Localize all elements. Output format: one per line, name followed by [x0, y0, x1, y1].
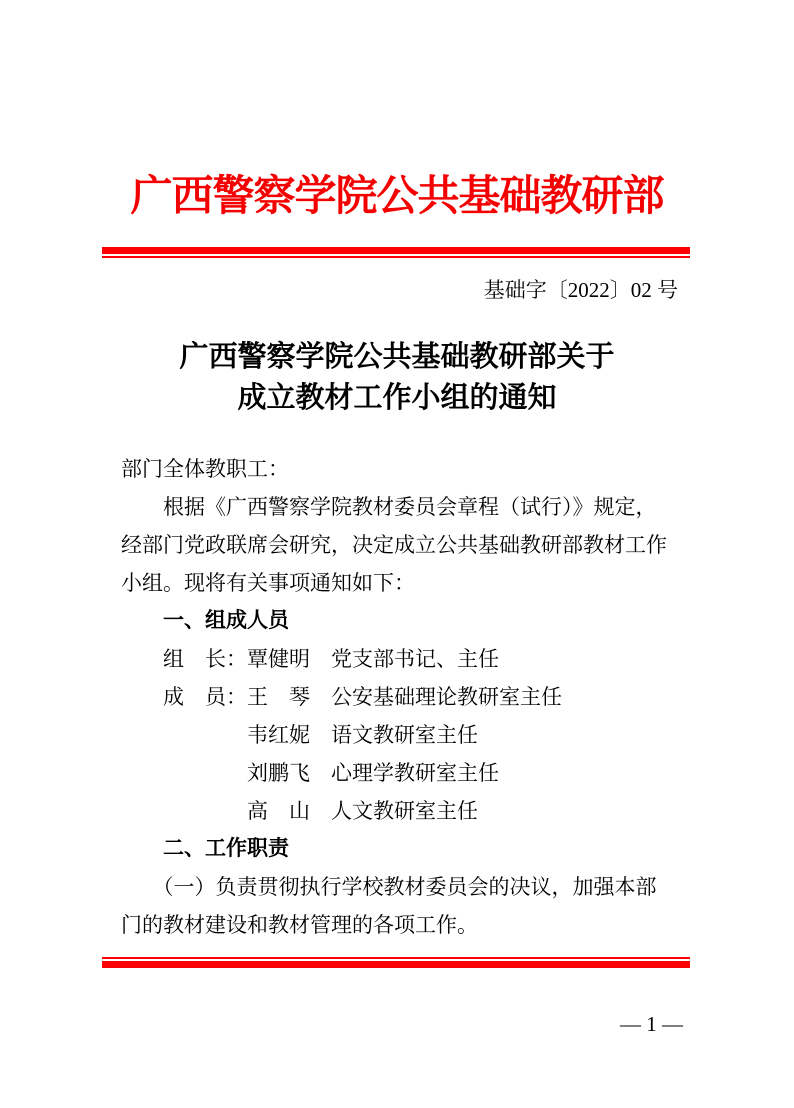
- member-row-indent: [121, 716, 163, 754]
- notice-title: 广西警察学院公共基础教研部关于 成立教材工作小组的通知: [0, 337, 794, 419]
- member-row-indent: [121, 640, 163, 678]
- member-row-indent: [121, 678, 163, 716]
- issuing-department-masthead: 广西警察学院公共基础教研部: [0, 163, 794, 223]
- notice-title-line2: 成立教材工作小组的通知: [0, 378, 794, 419]
- member-row: 成 员： 王 琴 公安基础理论教研室主任: [121, 678, 677, 716]
- footer-divider-thick-bar: [102, 961, 690, 968]
- member-role-label: [163, 754, 247, 792]
- document-reference-number: 基础字〔2022〕02 号: [484, 274, 678, 304]
- document-page: 广西警察学院公共基础教研部 基础字〔2022〕02 号 广西警察学院公共基础教研…: [0, 0, 794, 1108]
- intro-paragraph-line: 根据《广西警察学院教材委员会章程（试行）》规定，: [121, 488, 677, 526]
- member-row: 高 山 人文教研室主任: [121, 792, 677, 830]
- section2-paragraph-line: 门的教材建设和教材管理的各项工作。: [121, 906, 677, 944]
- member-position: 语文教研室主任: [331, 716, 478, 754]
- notice-body: 部门全体教职工： 根据《广西警察学院教材委员会章程（试行）》规定， 经部门党政联…: [121, 450, 677, 944]
- section1-heading: 一、组成人员: [121, 602, 677, 640]
- header-divider-thick-bar: [102, 247, 690, 254]
- member-name: 王 琴: [247, 678, 310, 716]
- member-role-label: [163, 716, 247, 754]
- salutation: 部门全体教职工：: [121, 450, 677, 488]
- member-position: 心理学教研室主任: [331, 754, 499, 792]
- member-name: 刘鹏飞: [247, 754, 310, 792]
- member-role-label: 成 员：: [163, 678, 247, 716]
- member-name: 高 山: [247, 792, 310, 830]
- member-name: 覃健明: [247, 640, 310, 678]
- member-name: 韦红妮: [247, 716, 310, 754]
- footer-divider: [102, 957, 690, 968]
- member-row-indent: [121, 754, 163, 792]
- notice-title-line1: 广西警察学院公共基础教研部关于: [0, 337, 794, 378]
- member-row-indent: [121, 792, 163, 830]
- section2-paragraph-line: （一）负责贯彻执行学校教材委员会的决议，加强本部: [121, 868, 677, 906]
- member-row: 刘鹏飞 心理学教研室主任: [121, 754, 677, 792]
- member-row: 韦红妮 语文教研室主任: [121, 716, 677, 754]
- member-position: 人文教研室主任: [331, 792, 478, 830]
- member-role-label: 组 长：: [163, 640, 247, 678]
- section2-heading: 二、工作职责: [121, 830, 677, 868]
- member-row: 组 长： 覃健明 党支部书记、主任: [121, 640, 677, 678]
- intro-paragraph-line: 小组。现将有关事项通知如下：: [121, 564, 677, 602]
- member-position: 公安基础理论教研室主任: [331, 678, 562, 716]
- intro-paragraph-line: 经部门党政联席会研究，决定成立公共基础教研部教材工作: [121, 526, 677, 564]
- header-divider: [102, 247, 690, 258]
- header-divider-thin-bar: [102, 256, 690, 258]
- member-role-label: [163, 792, 247, 830]
- page-number: — 1 —: [620, 1012, 683, 1037]
- member-position: 党支部书记、主任: [331, 640, 499, 678]
